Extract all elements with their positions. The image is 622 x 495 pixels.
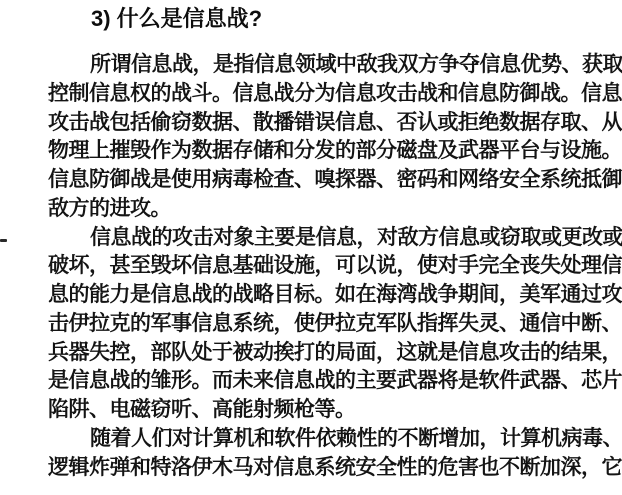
text-line: 击伊拉克的军事信息系统，使伊拉克军队指挥失灵、通信中断、 <box>48 309 616 338</box>
document-page: 3) 什么是信息战? 所谓信息战，是指信息领域中敌我双方争夺信息优势、获取控制信… <box>0 0 622 495</box>
text-line: 破坏，甚至毁坏信息基础设施，可以说，使对手完全丧失处理信 <box>48 251 616 280</box>
text-line: 是信息战的雏形。而未来信息战的主要武器将是软件武器、芯片 <box>48 366 616 395</box>
scan-speck-artifact <box>0 239 7 242</box>
section-heading: 3) 什么是信息战? <box>48 5 614 33</box>
body-text: 所谓信息战，是指信息领域中敌我双方争夺信息优势、获取控制信息权的战斗。信息战分为… <box>48 50 616 481</box>
text-line: 陷阱、电磁窃听、高能射频枪等。 <box>48 395 616 424</box>
text-line: 控制信息权的战斗。信息战分为信息攻击战和信息防御战。信息 <box>48 79 616 108</box>
text-line: 兵器失控，部队处于被动挨打的局面，这就是信息攻击的结果， <box>48 338 616 367</box>
text-line: 所谓信息战，是指信息领域中敌我双方争夺信息优势、获取 <box>48 50 616 79</box>
text-line: 信息战的攻击对象主要是信息，对敌方信息或窃取或更改或 <box>48 223 616 252</box>
text-line: 息的能力是信息战的战略目标。如在海湾战争期间，美军通过攻 <box>48 280 616 309</box>
text-line: 物理上摧毁作为数据存储和分发的部分磁盘及武器平台与设施。 <box>48 136 616 165</box>
text-line: 随着人们对计算机和软件依赖性的不断增加，计算机病毒、 <box>48 424 616 453</box>
text-line: 敌方的进攻。 <box>48 194 616 223</box>
text-line: 攻击战包括偷窃数据、散播错误信息、否认或拒绝数据存取、从 <box>48 108 616 137</box>
text-line: 逻辑炸弹和特洛伊木马对信息系统安全性的危害也不断加深，它 <box>48 453 616 482</box>
text-line: 信息防御战是使用病毒检查、嗅探器、密码和网络安全系统抵御 <box>48 165 616 194</box>
